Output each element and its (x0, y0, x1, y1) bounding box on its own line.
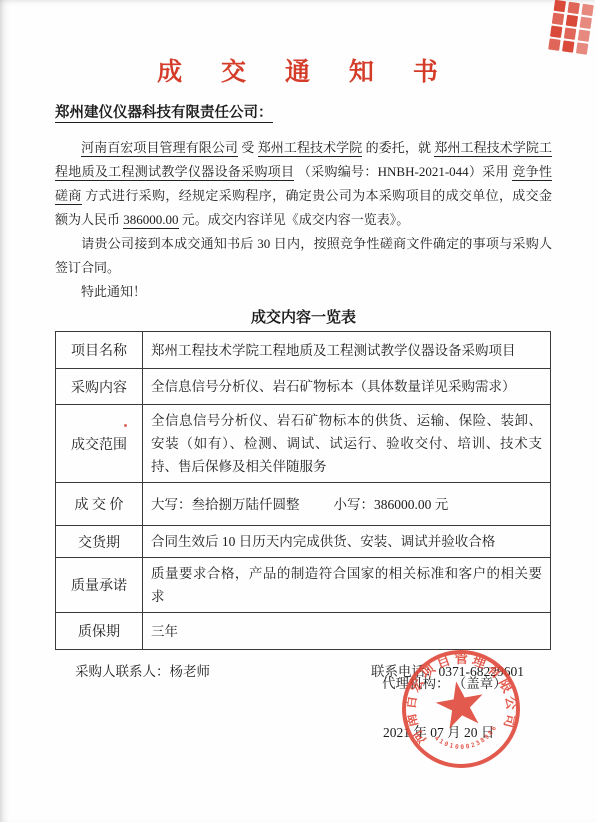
row-value: 郑州工程技术学院工程地质及工程测试教学仪器设备采购项目 (143, 332, 550, 368)
agency-label: 代理机构： (382, 676, 450, 691)
para-segment: 元。成交内容详见《成交内容一览表》。 (179, 212, 410, 227)
date-text: 2021 年 07 月 20 日 (383, 721, 494, 741)
row-label: 质量承诺 (56, 558, 143, 612)
price-in-words: 大写：叁拾捌万陆仟圆整 (151, 493, 300, 516)
row-label: 项目名称 (56, 332, 143, 368)
para-segment: 的委托，就 (362, 140, 434, 155)
notice-page: 成 交 通 知 书 郑州建仪仪器科技有限责任公司： 河南百宏项目管理有限公司 受… (0, 0, 595, 822)
recipient-heading: 郑州建仪仪器科技有限责任公司： (55, 102, 552, 124)
deal-table: 项目名称 郑州工程技术学院工程地质及工程测试教学仪器设备采购项目 采购内容 全信… (55, 331, 551, 650)
row-value: 全信息信号分析仪、岩石矿物标本的供货、运输、保险、装卸、安装（如有）、检测、调试… (143, 405, 550, 482)
row-value: 三年 (143, 613, 550, 649)
notice-title: 成 交 通 知 书 (0, 52, 595, 88)
table-row: 成 交 价 大写：叁拾捌万陆仟圆整 小写：386000.00 元 (56, 483, 550, 526)
para-segment: 386000.00 (123, 212, 178, 229)
row-label: 采购内容 (56, 369, 143, 404)
para-segment: 受 (238, 140, 258, 155)
table-row: 成交范围 全信息信号分析仪、岩石矿物标本的供货、运输、保险、装卸、安装（如有）、… (56, 405, 550, 483)
para-segment: 郑州工程技术学院 (258, 140, 363, 157)
table-row: 项目名称 郑州工程技术学院工程地质及工程测试教学仪器设备采购项目 (56, 332, 550, 369)
intro-paragraph: 河南百宏项目管理有限公司 受 郑州工程技术学院 的委托，就 郑州工程技术学院工程… (55, 136, 552, 232)
table-row: 交货期 合同生效后 10 日历天内完成供货、安装、调试并验收合格 (56, 526, 550, 558)
para-segment: 请贵公司接到本成交通知书后 30 日内，按照竞争性磋商文件确定的事项与采购人签订… (55, 236, 552, 275)
row-label: 质保期 (56, 613, 143, 649)
contact-line: 采购人联系人：杨老师 (75, 662, 210, 682)
table-row: 质保期 三年 (56, 613, 550, 649)
table-row: 采购内容 全信息信号分析仪、岩石矿物标本（具体数量详见采购需求） (56, 369, 550, 405)
sign-contract-paragraph: 请贵公司接到本成交通知书后 30 日内，按照竞争性磋商文件确定的事项与采购人签订… (55, 232, 552, 280)
row-value: 质量要求合格，产品的制造符合国家的相关标准和客户的相关要求 (143, 558, 550, 612)
stamp-speck (124, 424, 127, 427)
notice-body: 郑州建仪仪器科技有限责任公司： 河南百宏项目管理有限公司 受 郑州工程技术学院 … (55, 102, 552, 682)
row-value: 大写：叁拾捌万陆仟圆整 小写：386000.00 元 (143, 483, 550, 525)
row-label: 成交范围 (56, 405, 143, 482)
row-value: 全信息信号分析仪、岩石矿物标本（具体数量详见采购需求） (143, 369, 550, 404)
table-row: 质量承诺 质量要求合格，产品的制造符合国家的相关标准和客户的相关要求 (56, 558, 550, 613)
table-title: 成交内容一览表 (55, 308, 552, 328)
agency-stamp-hint: （盖章） (460, 676, 507, 691)
agency-line: 代理机构：（盖章） (382, 672, 507, 692)
row-label: 交货期 (56, 526, 143, 557)
para-segment: 河南百宏项目管理有限公司 (81, 140, 238, 157)
recipient-name: 郑州建仪仪器科技有限责任公司： (55, 105, 273, 123)
row-label: 成 交 价 (56, 483, 143, 525)
para-segment: 特此通知！ (81, 284, 146, 299)
row-value: 合同生效后 10 日历天内完成供货、安装、调试并验收合格 (143, 526, 550, 557)
para-segment: （采购编号：HNBH-2021-044）采用 (294, 164, 512, 179)
notice-closing: 特此通知！ (55, 280, 552, 304)
price-in-figures: 小写：386000.00 元 (334, 493, 449, 516)
